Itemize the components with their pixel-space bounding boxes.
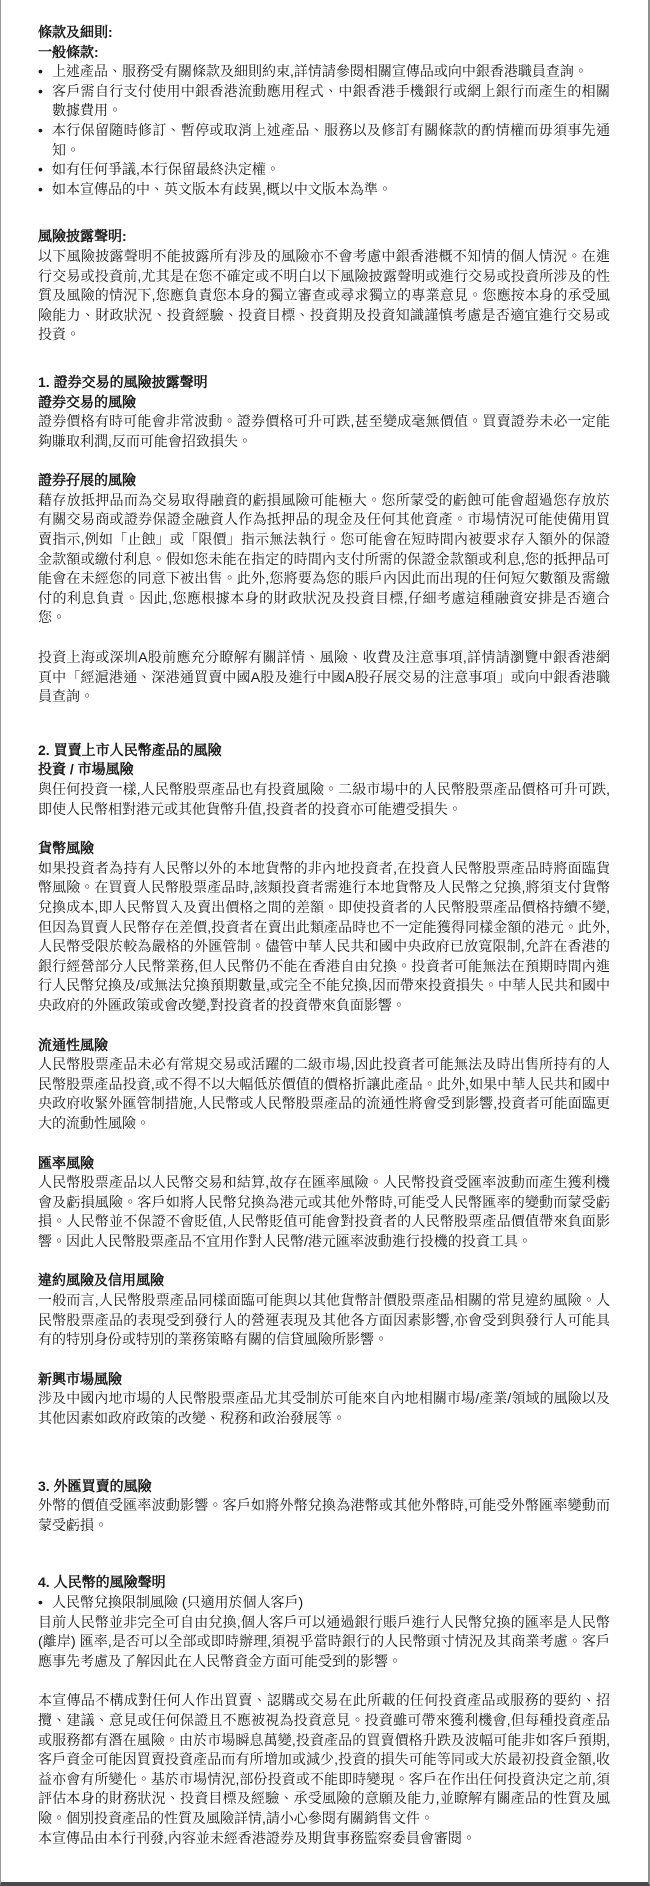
subsection-title-currency-risk: 貨幣風險 xyxy=(38,839,610,859)
terms-section: 條款及細則: 一般條款: 上述產品、服務受有關條款及細則約束,詳情請參閱相關宣傳… xyxy=(38,23,610,199)
terms-title: 條款及細則: xyxy=(38,23,610,43)
disclaimer-paragraph: 本宣傳品不構成對任何人作出買賣、認購或交易在此所載的任何投資產品或服務的要約、招… xyxy=(38,1691,610,1828)
section-2-heading: 2. 買賣上市人民幣產品的風險 xyxy=(38,741,610,761)
section-3-fx-trading: 3. 外匯買賣的風險 外幣的價值受匯率波動影響。客戶如將外幣兌換為港幣或其他外幣… xyxy=(38,1477,610,1536)
subsection-body-investment-market-risk: 與任何投資一樣,人民幣股票產品也有投資風險。二級市場中的人民幣股票產品價格可升可… xyxy=(38,780,610,819)
section-4-rmb-statement: 4. 人民幣的風險聲明 人民幣兌換限制風險 (只適用於個人客戶) 目前人民幣並非… xyxy=(38,1573,610,1671)
terms-bullet-item: 如有任何爭議,本行保留最終決定權。 xyxy=(38,160,610,180)
sfc-review-note: 本宣傳品由本行刊發,內容並未經香港證券及期貨事務監察委員會審閱。 xyxy=(38,1829,610,1849)
subsection-currency-risk: 貨幣風險 如果投資者為持有人民幣以外的本地貨幣的非內地投資者,在投資人民幣股票產… xyxy=(38,839,610,1015)
subsection-default-credit-risk: 違約風險及信用風險 一般而言,人民幣股票產品同樣面臨可能與以其他貨幣計價股票產品… xyxy=(38,1271,610,1349)
subsection-exchange-rate-risk: 匯率風險 人民幣股票產品以人民幣交易和結算,故存在匯率風險。人民幣投資受匯率波動… xyxy=(38,1154,610,1252)
subsection-body-exchange-rate-risk: 人民幣股票產品以人民幣交易和結算,故存在匯率風險。人民幣投資受匯率波動而產生獲利… xyxy=(38,1173,610,1251)
section-2-rmb-products: 2. 買賣上市人民幣產品的風險 投資 / 市場風險 與任何投資一樣,人民幣股票產… xyxy=(38,741,610,819)
rmb-conversion-limit-bullet: 人民幣兌換限制風險 (只適用於個人客戶) xyxy=(38,1593,610,1613)
subsection-body-emerging-market-risk: 涉及中國內地市場的人民幣股票產品尤其受制於可能來自內地相關市場/產業/領域的風險… xyxy=(38,1389,610,1428)
subsection-body-margin-trading: 藉存放抵押品而為交易取得融資的虧損風險可能極大。您所蒙受的虧蝕可能會超過您存放於… xyxy=(38,491,610,628)
terms-bullet-item: 上述產品、服務受有關條款及細則約束,詳情請參閱相關宣傳品或向中銀香港職員查詢。 xyxy=(38,62,610,82)
subsection-body-currency-risk: 如果投資者為持有人民幣以外的本地貨幣的非內地投資者,在投資人民幣股票產品時將面臨… xyxy=(38,859,610,1016)
section-4-body: 目前人民幣並非完全可自由兌換,個人客戶可以通過銀行賬戶進行人民幣兌換的匯率是人民… xyxy=(38,1613,610,1672)
risk-statement-intro: 以下風險披露聲明不能披露所有涉及的風險亦不會考慮中銀香港概不知情的個人情況。在進… xyxy=(38,247,610,345)
subsection-title-liquidity-risk: 流通性風險 xyxy=(38,1036,610,1056)
section-4-heading: 4. 人民幣的風險聲明 xyxy=(38,1573,610,1593)
section-1-securities: 1. 證券交易的風險披露聲明 證券交易的風險 證券價格有時可能會非常波動。證券價… xyxy=(38,373,610,451)
terms-bullet-item: 如本宣傳品的中、英文版本有歧異,概以中文版本為準。 xyxy=(38,180,610,200)
risk-statement-section: 風險披露聲明: 以下風險披露聲明不能披露所有涉及的風險亦不會考慮中銀香港概不知情… xyxy=(38,227,610,345)
terms-bullet-item: 客戶需自行支付使用中銀香港流動應用程式、中銀香港手機銀行或網上銀行而產生的相關數… xyxy=(38,82,610,121)
subsection-title-emerging-market-risk: 新興市場風險 xyxy=(38,1370,610,1390)
section-3-heading: 3. 外匯買賣的風險 xyxy=(38,1477,610,1497)
section-1-heading: 1. 證券交易的風險披露聲明 xyxy=(38,373,610,393)
subsection-title-securities-trading: 證券交易的風險 xyxy=(38,393,610,413)
a-share-note: 投資上海或深圳A股前應充分瞭解有關詳情、風險、收費及注意事項,詳情請瀏覽中銀香港… xyxy=(38,648,610,707)
document-page: 條款及細則: 一般條款: 上述產品、服務受有關條款及細則約束,詳情請參閱相關宣傳… xyxy=(0,0,650,1886)
risk-statement-title: 風險披露聲明: xyxy=(38,227,610,247)
terms-general-title: 一般條款: xyxy=(38,43,610,63)
subsection-emerging-market-risk: 新興市場風險 涉及中國內地市場的人民幣股票產品尤其受制於可能來自內地相關市場/產… xyxy=(38,1370,610,1429)
section-3-body: 外幣的價值受匯率波動影響。客戶如將外幣兌換為港幣或其他外幣時,可能受外幣匯率變動… xyxy=(38,1496,610,1535)
subsection-body-default-credit-risk: 一般而言,人民幣股票產品同樣面臨可能與以其他貨幣計價股票產品相關的常見違約風險。… xyxy=(38,1291,610,1350)
subsection-liquidity-risk: 流通性風險 人民幣股票產品未必有常規交易或活躍的二級市場,因此投資者可能無法及時… xyxy=(38,1036,610,1134)
subsection-title-margin-trading: 證券孖展的風險 xyxy=(38,471,610,491)
subsection-title-investment-market-risk: 投資 / 市場風險 xyxy=(38,760,610,780)
subsection-title-exchange-rate-risk: 匯率風險 xyxy=(38,1154,610,1174)
subsection-title-default-credit-risk: 違約風險及信用風險 xyxy=(38,1271,610,1291)
terms-bullet-list: 上述產品、服務受有關條款及細則約束,詳情請參閱相關宣傳品或向中銀香港職員查詢。 … xyxy=(38,62,610,199)
subsection-body-securities-trading: 證券價格有時可能會非常波動。證券價格可升可跌,甚至變成毫無價值。買賣證券未必一定… xyxy=(38,412,610,451)
subsection-margin-trading: 證券孖展的風險 藉存放抵押品而為交易取得融資的虧損風險可能極大。您所蒙受的虧蝕可… xyxy=(38,471,610,628)
subsection-body-liquidity-risk: 人民幣股票產品未必有常規交易或活躍的二級市場,因此投資者可能無法及時出售所持有的… xyxy=(38,1055,610,1133)
terms-bullet-item: 本行保留隨時修訂、暫停或取消上述產品、服務以及修訂有關條款的酌情權而毋須事先通知… xyxy=(38,121,610,160)
